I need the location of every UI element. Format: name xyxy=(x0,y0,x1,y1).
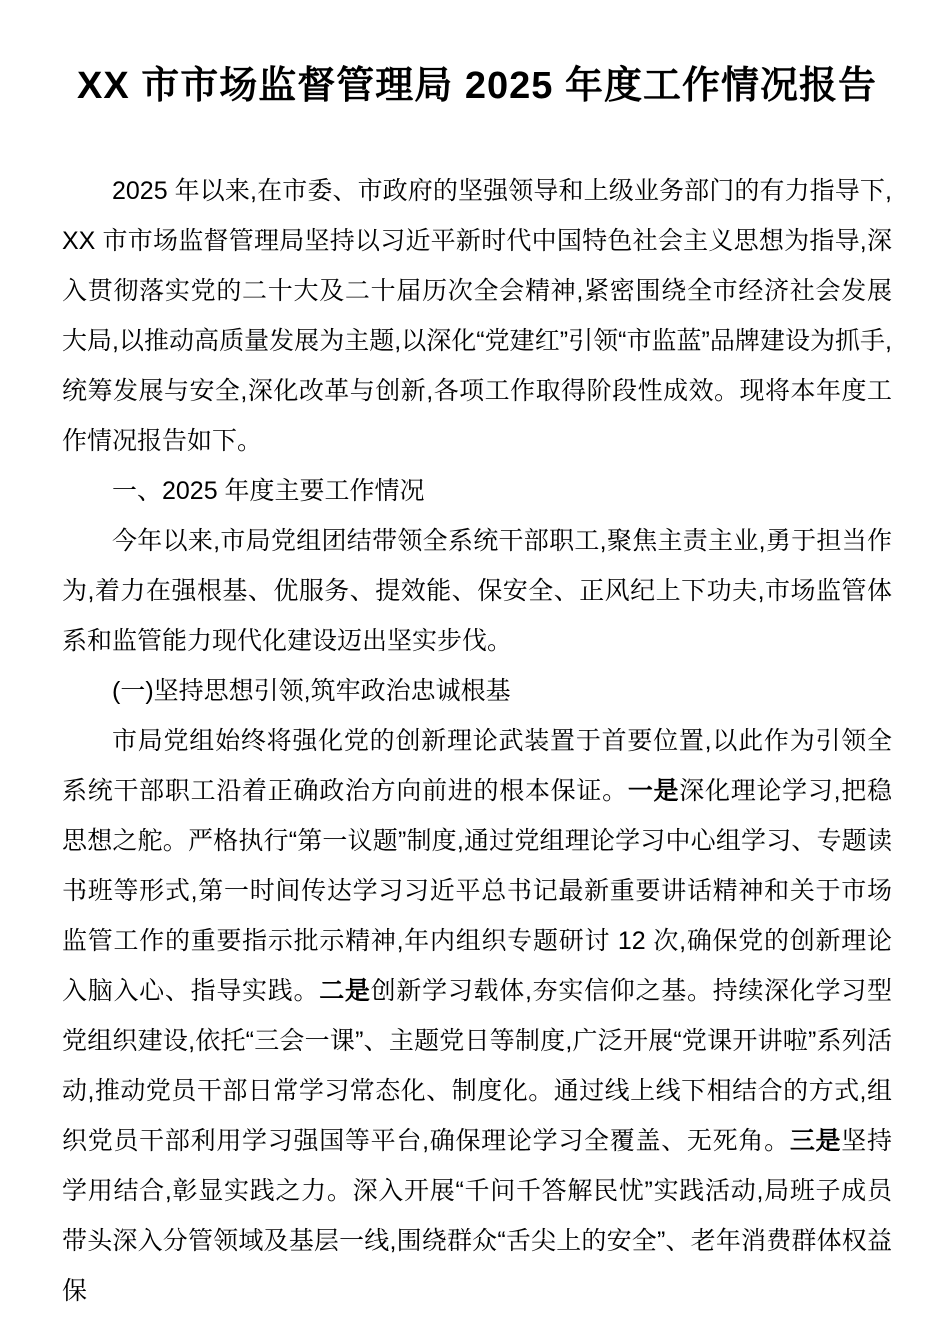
paragraph: 市局党组始终将强化党的创新理论武装置于首要位置,以此作为引领全系统干部职工沿着正… xyxy=(62,716,892,1316)
section-heading: (一)坚持思想引领,筑牢政治忠诚根基 xyxy=(62,666,892,716)
paragraph-text: 2025 年以来,在市委、市政府的坚强领导和上级业务部门的有力指导下,XX 市市… xyxy=(62,177,892,455)
paragraph-text: (一)坚持思想引领,筑牢政治忠诚根基 xyxy=(112,677,511,705)
document-page: XX 市市场监督管理局 2025 年度工作情况报告 2025 年以来,在市委、市… xyxy=(0,0,950,1344)
emphasis-text: 三是 xyxy=(790,1127,841,1155)
document-title: XX 市市场监督管理局 2025 年度工作情况报告 xyxy=(62,62,892,110)
paragraph-text: 一、2025 年度主要工作情况 xyxy=(112,477,425,505)
emphasis-text: 一是 xyxy=(628,777,679,805)
section-heading: 一、2025 年度主要工作情况 xyxy=(62,466,892,516)
emphasis-text: 二是 xyxy=(319,977,370,1005)
document-body: 2025 年以来,在市委、市政府的坚强领导和上级业务部门的有力指导下,XX 市市… xyxy=(62,166,892,1316)
paragraph: 2025 年以来,在市委、市政府的坚强领导和上级业务部门的有力指导下,XX 市市… xyxy=(62,166,892,466)
paragraph-text: 今年以来,市局党组团结带领全系统干部职工,聚焦主责主业,勇于担当作为,着力在强根… xyxy=(62,527,892,655)
paragraph-text: 深化理论学习,把稳思想之舵。严格执行“第一议题”制度,通过党组理论学习中心组学习… xyxy=(62,777,892,1005)
paragraph: 今年以来,市局党组团结带领全系统干部职工,聚焦主责主业,勇于担当作为,着力在强根… xyxy=(62,516,892,666)
